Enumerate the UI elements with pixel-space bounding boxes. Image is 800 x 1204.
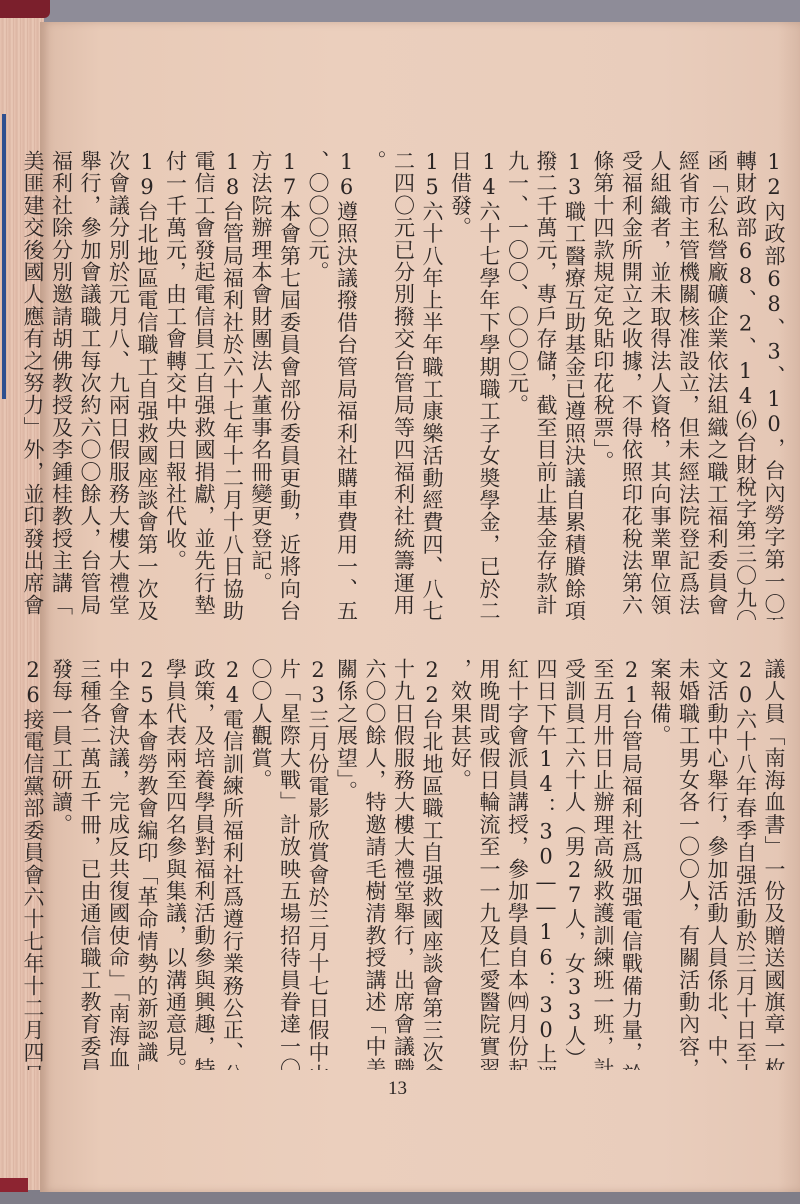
background-top: [0, 0, 800, 22]
text-column: 26接電信黨部委員會六十七年十二月四日六七平四: [19, 658, 48, 1070]
book-cover-bottom: [0, 1178, 28, 1192]
text-section-top: 12內政部68、3、10，台內勞字第一〇五五一號函 轉財政部68、2、14⑹台財…: [50, 150, 788, 620]
text-column: 六〇〇餘人，特邀請毛樹清教授講述「中美實質: [361, 658, 390, 1070]
text-column: 20六十八年春季自强活動於三月十日至十二日假會: [731, 658, 760, 1070]
text-column: 十九日假服務大樓大禮堂舉行，出席會議職工約: [389, 658, 418, 1070]
text-column: 撥二千萬元，專戶存儲，截至目前止基金存款計: [532, 150, 561, 620]
text-column: 案報備。: [646, 658, 675, 1070]
text-column: 22台北地區職工自强救國座談會第三次會議於二月: [418, 658, 447, 1070]
text-column: 人組織者，並未取得法人資格，其向事業單位領: [646, 150, 675, 620]
text-column: 電信工會發起電信員工自强救國捐獻，並先行墊: [190, 150, 219, 620]
text-column: 用晚間或假日輪流至一一九及仁愛醫院實習服務: [475, 658, 504, 1070]
text-column: 25本會勞教會編印「革命情勢的新認識」「貫徹三: [133, 658, 162, 1070]
text-column: 17本會第七屆委員會部份委員更動，近將向台北地: [275, 150, 304, 620]
bookmark-ribbon: [2, 114, 6, 399]
background-bottom: [0, 1190, 800, 1204]
text-column: 16遵照決議撥借台管局福利社購車費用一、五〇〇: [332, 150, 361, 620]
text-column: 付一千萬元，由工會轉交中央日報社代收。: [161, 150, 190, 620]
text-column: 學員代表兩至四名參與集議，以溝通意見。: [161, 658, 190, 1070]
text-column: 片「星際大戰」計放映五場招待員眷達一〇、〇: [275, 658, 304, 1070]
text-section-bottom: 議人員「南海血書」一份及贈送國旗章一枚。 20六十八年春季自强活動於三月十日至十…: [50, 658, 788, 1070]
book-cover-top: [0, 0, 50, 18]
text-column: 23三月份電影欣賞會於三月十七日假中山堂放映外: [304, 658, 333, 1070]
text-column: 舉行，參加會議職工每次約六〇〇餘人，台管局: [76, 150, 105, 620]
text-column: 21台管局福利社爲加强電信戰備力量，於二月廿日: [617, 658, 646, 1070]
text-column: 九一、一〇〇、〇〇〇元。: [503, 150, 532, 620]
text-column: 紅十字會派員講授，參加學員自本㈣月份起，利: [503, 658, 532, 1070]
text-column: 政策，及培養學員對福利活動參與興趣，特增加: [190, 658, 219, 1070]
text-column: 三種各二萬五千冊，已由通信職工教育委員會轉: [76, 658, 105, 1070]
text-column: 〇〇人觀賞。: [247, 658, 276, 1070]
text-column: 發每一員工研讀。: [47, 658, 76, 1070]
text-column: 18台管局福利社於六十七年十二月十八日協助台灣: [218, 150, 247, 620]
text-column: 15六十八年上半年職工康樂活動經費四、八七五、: [418, 150, 447, 620]
text-column: 。: [361, 150, 390, 620]
text-column: 二四〇元已分別撥交台管局等四福利社統籌運用: [389, 150, 418, 620]
text-column: 24電信訓練所福利社爲遵行業務公正、公開、公平: [218, 658, 247, 1070]
text-column: 13職工醫療互助基金已遵照決議自累積賸餘項下續: [560, 150, 589, 620]
text-column: 日借發。: [446, 150, 475, 620]
text-column: ，效果甚好。: [446, 658, 475, 1070]
text-column: 美匪建交後國人應有之努力」外，並印發出席會: [19, 150, 48, 620]
text-column: 方法院辦理本會財團法人董事名冊變更登記。: [247, 150, 276, 620]
text-column: 、〇〇〇元。: [304, 150, 333, 620]
text-column: 經省市主管機關核准設立，但未經法院登記爲法: [674, 150, 703, 620]
text-column: 文活動中心舉行，參加活動人員係北、中、南區: [703, 658, 732, 1070]
text-column: 關係之展望」。: [332, 658, 361, 1070]
text-column: 次會議分別於元月八、九兩日假服務大樓大禮堂: [104, 150, 133, 620]
text-column: 至五月卅日止辦理高級救護訓練班一班，計參加: [589, 658, 618, 1070]
text-column: 條第十四款規定免貼印花稅票」。: [589, 150, 618, 620]
text-column: 19台北地區電信職工自强救國座談會第一次及第二: [133, 150, 162, 620]
text-column: 受福利金所開立之收據，不得依照印花稅法第六: [617, 150, 646, 620]
text-column: 受訓員工六十人（男27人，女33人）每逢星期二: [560, 658, 589, 1070]
text-column: 未婚職工男女各一〇〇人，有關活動內容，已專: [674, 658, 703, 1070]
text-column: 中全會決議，完成反共復國使命」「南海血書」: [104, 658, 133, 1070]
text-column: 12內政部68、3、10，台內勞字第一〇五五一號函: [760, 150, 789, 620]
text-column: 議人員「南海血書」一份及贈送國旗章一枚。: [760, 658, 789, 1070]
text-column: 四日下午14：30——16：30上課二小時，特商請: [532, 658, 561, 1070]
text-column: 函「公私營廠礦企業依法組織之職工福利委員會: [703, 150, 732, 620]
page-number: 13: [388, 1078, 407, 1100]
text-column: 14六十七學年下學期職工子女奬學金，已於二月十: [475, 150, 504, 620]
text-column: 福利社除分別邀請胡佛教授及李鍾桂教授主講「: [47, 150, 76, 620]
text-column: 轉財政部68、2、14⑹台財稅字第三〇九〇九號: [731, 150, 760, 620]
